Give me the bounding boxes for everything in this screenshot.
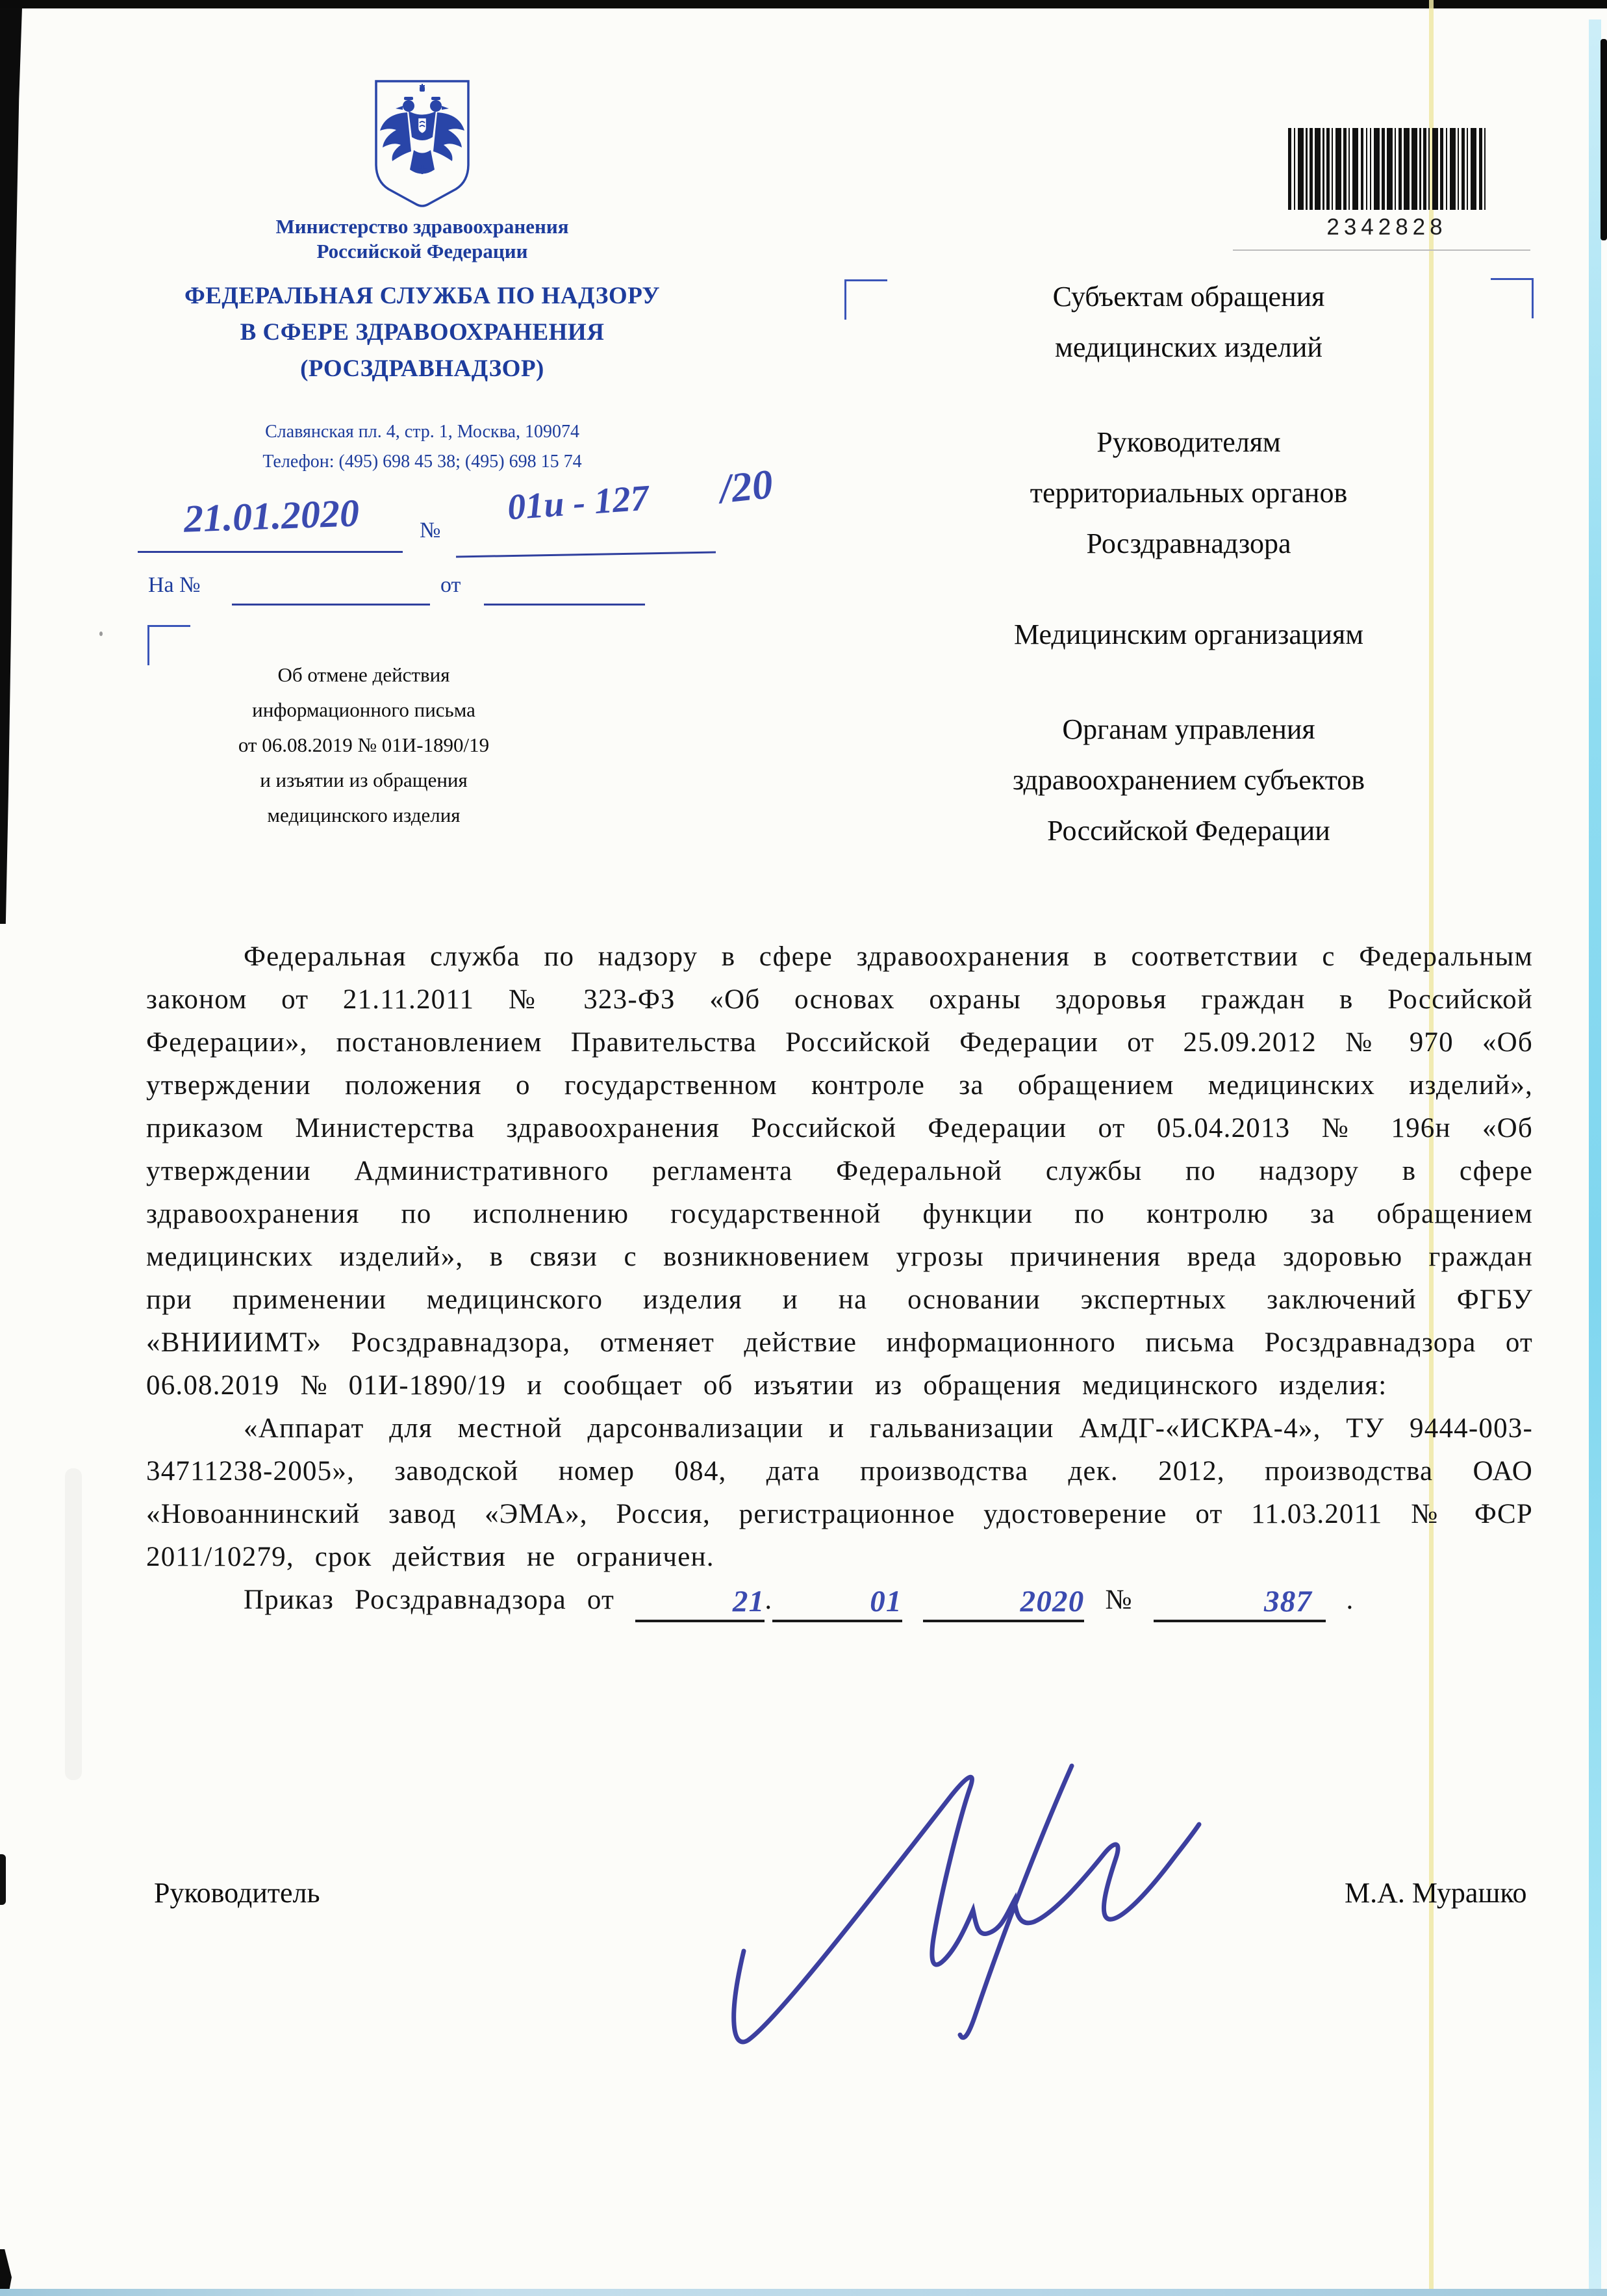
addressee-line: Росздравнадзора (857, 518, 1520, 569)
number-sign: № (420, 518, 440, 543)
reply-to-label: На № (148, 573, 201, 598)
scanned-letter-page: Министерство здравоохранения Российской … (0, 0, 1607, 2296)
scan-edge-top (0, 0, 1607, 8)
russian-coat-of-arms-icon (367, 77, 477, 208)
addressee-line: здравоохранением субъектов (857, 755, 1520, 806)
ministry-line2: Российской Федерации (133, 239, 711, 264)
scan-speck (99, 631, 103, 636)
subject-line: от 06.08.2019 № 01И-1890/19 (156, 728, 572, 763)
addressee-block: Органам управления здравоохранением субъ… (857, 704, 1520, 856)
handwritten-order-number: 387 (1154, 1583, 1326, 1622)
scan-edge-left (0, 8, 22, 924)
addressee-line: Руководителям (857, 417, 1520, 468)
corner-bracket-addressee-left-vertical (844, 279, 846, 320)
corner-bracket-addressee-right-vertical (1532, 278, 1534, 318)
body-paragraph-1: Федеральная служба по надзору в сфере зд… (146, 936, 1533, 1407)
subject-line: Об отмене действия (156, 657, 572, 693)
scan-edge-bottom (0, 2289, 1607, 2296)
handwritten-number-suffix: /20 (717, 460, 775, 513)
ministry-line1: Министерство здравоохранения (133, 214, 711, 239)
body-paragraph-2: «Аппарат для местной дарсонвализации и г… (146, 1407, 1533, 1579)
addressee-line: медицинских изделий (857, 322, 1520, 373)
signer-title: Руководитель (154, 1876, 320, 1909)
service-line1: ФЕДЕРАЛЬНАЯ СЛУЖБА ПО НАДЗОРУ (133, 278, 711, 314)
addressee-line: Медицинским организациям (857, 609, 1520, 660)
handwritten-outgoing-number: 01и - 127 (453, 474, 703, 532)
corner-bracket-subject-vertical (147, 625, 149, 665)
addressee-line: территориальных органов (857, 468, 1520, 518)
barcode-block: 2342828 (1288, 128, 1486, 240)
order-prefix: Приказ Росздравнадзора от (244, 1585, 614, 1615)
reply-number-blank (232, 604, 430, 606)
phone-numbers: Телефон: (495) 698 45 38; (495) 698 15 7… (133, 447, 711, 477)
scan-edge-right-cyan (1589, 19, 1601, 2296)
scan-speck (0, 1854, 6, 1905)
corner-bracket-subject-horizontal (147, 625, 190, 627)
barcode (1288, 128, 1486, 210)
scan-edge-right-black (1601, 39, 1607, 240)
subject-line: медицинского изделия (156, 798, 572, 833)
service-name: ФЕДЕРАЛЬНАЯ СЛУЖБА ПО НАДЗОРУ В СФЕРЕ ЗД… (133, 278, 711, 387)
addressee-block: Руководителям территориальных органов Ро… (857, 417, 1520, 569)
order-dot: . (765, 1585, 772, 1615)
scan-smudge (65, 1468, 82, 1780)
ministry-name: Министерство здравоохранения Российской … (133, 214, 711, 264)
service-line3: (РОСЗДРАВНАДЗОР) (133, 351, 711, 387)
addressee-line: Органам управления (857, 704, 1520, 755)
handwritten-order-day: 21 (635, 1583, 765, 1622)
subject-line: информационного письма (156, 693, 572, 728)
addressee-line: Российской Федерации (857, 806, 1520, 856)
reply-date-blank (484, 604, 645, 606)
order-reference-line: Приказ Росздравнадзора от 21.01 2020 № 3… (146, 1579, 1533, 1622)
handwritten-order-month: 01 (772, 1583, 902, 1622)
contact-block: Славянская пл. 4, стр. 1, Москва, 109074… (133, 417, 711, 477)
addressee-block: Медицинским организациям (857, 609, 1520, 660)
order-period: . (1347, 1585, 1354, 1615)
subject-line: и изъятии из обращения (156, 763, 572, 798)
handwritten-outgoing-date: 21.01.2020 (141, 489, 402, 543)
signer-name: М.А. Мурашко (1345, 1876, 1533, 1909)
barcode-number: 2342828 (1288, 214, 1486, 240)
reply-from-label: от (440, 573, 461, 598)
postal-address: Славянская пл. 4, стр. 1, Москва, 109074 (133, 417, 711, 447)
signature-scribble (676, 1746, 1247, 2071)
handwritten-order-year: 2020 (923, 1583, 1085, 1622)
addressee-block: Субъектам обращения медицинских изделий (857, 272, 1520, 373)
subject-block: Об отмене действия информационного письм… (156, 657, 572, 833)
order-number-sign: № (1105, 1585, 1132, 1615)
service-line2: В СФЕРЕ ЗДРАВООХРАНЕНИЯ (133, 314, 711, 351)
date-underline (138, 551, 403, 553)
letter-body: Федеральная служба по надзору в сфере зд… (146, 936, 1533, 1622)
number-underline (456, 552, 716, 558)
addressee-line: Субъектам обращения (857, 272, 1520, 322)
scan-line-under-barcode (1233, 249, 1530, 251)
